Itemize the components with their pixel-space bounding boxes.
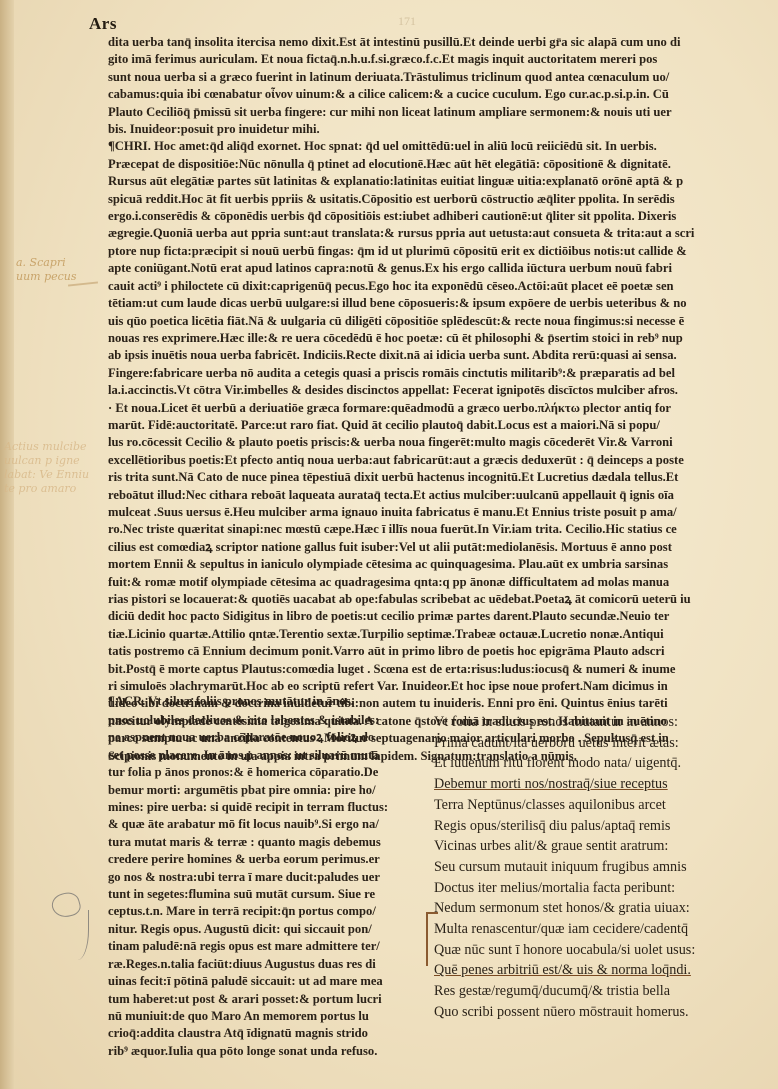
text-line: ne aspnent noua uerba cōparatōe nouoꝝ fo…	[108, 729, 424, 746]
text-line: ri simuloēs ɔlachrymarūt.Hoc ab eo scrip…	[108, 678, 758, 695]
text-line: Vicinas urbes alit/& graue sentit aratru…	[434, 836, 764, 857]
text-line: cet posse placere. In ānos.p annos: ut s…	[108, 747, 424, 764]
commentary-left-column: pnos uolubiles decliuos & cito labentes …	[108, 712, 424, 1060]
text-line: marūt. Fidē:auctoritatē. Parce:ut raro f…	[108, 417, 758, 434]
text-line: reboātut illud:Nec cithara reboāt laquea…	[108, 487, 758, 504]
acr-section-heading: ¶ACR. Vt siluæ foliis pronos mutātur in …	[108, 694, 354, 709]
text-line: bemur morti: argumētis pbat pire omnia: …	[108, 782, 424, 799]
text-line: excellētioribus poetis:Et pfecto antiq n…	[108, 452, 758, 469]
text-line: ptore nup ficta:præcipit si nouū uerbū f…	[108, 243, 758, 260]
text-line: apte coniūgant.Notū erat apud latinos ca…	[108, 260, 758, 277]
text-line: credere perire homines & uerba eorum per…	[108, 851, 424, 868]
text-line: Doctus iter melius/mortalia facta peribu…	[434, 878, 764, 899]
text-line: rias pistori se locauerat:& quotiēs uaca…	[108, 591, 758, 608]
text-line: ris trita sunt.Nā Cato de nuce pinea tēp…	[108, 469, 758, 486]
scanned-page: Ars 171 a. Scapri uum pecus Actius mulci…	[0, 0, 778, 1089]
marginal-note-line: te pro amaro	[4, 482, 89, 496]
text-line: lus ro.cōcessit Cecilio & plauto poetis …	[108, 434, 758, 451]
running-head: Ars	[89, 14, 117, 34]
text-line: nouas res exprimere.Hæc ille:& re uera c…	[108, 330, 758, 347]
text-line: Nedum sermonum stet honos/& gratia uiuax…	[434, 898, 764, 919]
text-line: Quē penes arbitriū est/& uis & norma loq…	[434, 960, 764, 981]
text-line: tiæ.Licinio quartæ.Attilio qntæ.Terentio…	[108, 626, 758, 643]
text-line: fuit:& romæ motif olympiade cētesima ac …	[108, 574, 758, 591]
marginal-note-line: a. Scapri	[16, 256, 77, 270]
marginal-note-line: uum pecus	[16, 270, 77, 284]
text-line: tunt in segetes:flumina suū mutāt cursum…	[108, 886, 424, 903]
text-line: la.i.accinctis.Vt cōtra Vir.imbelles & d…	[108, 382, 758, 399]
text-line: cauit acti⁹ i philoctete cū dixit:caprig…	[108, 278, 758, 295]
text-line: cilius est comœdiaꝝ scriptor natione gal…	[108, 539, 758, 556]
text-line: Fingere:fabricare uerba nō audita a cete…	[108, 365, 758, 382]
text-line: & quæ āte arabatur mō fit locus nauib⁹.S…	[108, 816, 424, 833]
text-line: go nos & nostra:ubi terra ī mare ducit:p…	[108, 869, 424, 886]
text-line: Regis opus/sterilisq̄ diu palus/aptaq̄ r…	[434, 816, 764, 837]
text-line: tētiam:ut cum laude dicas uerbū uulgare:…	[108, 295, 758, 312]
text-line: ro.Nec triste quæritat sinapi:nec mœstū …	[108, 521, 758, 538]
text-line: ab ipsis inuētis noua uerba fabricēt. In…	[108, 347, 758, 364]
text-line: tum haberet:ut post & arari posset:& por…	[108, 991, 424, 1008]
text-line: Et iuuenum ritu florent modo nata/ uigen…	[434, 753, 764, 774]
text-line: uinas fecit:ī pōtinā paludē siccauit: ut…	[108, 973, 424, 990]
text-line: Quo scribi possent nūero mōstrauit homer…	[434, 1002, 764, 1023]
text-line: Quæ nūc sunt ī honore uocabula/si uolet …	[434, 940, 764, 961]
text-line: bis. Inuideor:posuit pro inuidetur mihi.	[108, 121, 758, 138]
text-line: mortem Ennii & sepultus in ianiculo olym…	[108, 556, 758, 573]
text-line: crioq̄:addita claustra Atq̄ īdignatū mag…	[108, 1025, 424, 1042]
text-line: dita uerba tanq̄ insolita itercisa nemo …	[108, 34, 758, 51]
text-line: Vt folia in siluis pronos mutantur in an…	[434, 712, 764, 733]
text-line: uis qūo poetica licētia fiāt.Nā & uulgar…	[108, 313, 758, 330]
marginal-note-2: Actius mulcibe uulcan p igne labat: Ve E…	[4, 440, 89, 496]
marginal-doodle-tail	[70, 910, 89, 960]
text-line: tur folia p ānos pronos:& ē homerica cōp…	[108, 764, 424, 781]
marginal-note-line: uulcan p igne	[4, 454, 89, 468]
folio-number-bleedthrough: 171	[398, 14, 416, 29]
text-line: ergo.i.conserēdis & cōponēdis uerbis q̄d…	[108, 208, 758, 225]
text-line: ¶CHRI. Hoc amet:q̄d aliq̄d exornet. Hoc …	[108, 138, 758, 155]
text-line: sunt noua uerba si a græco fuerint in la…	[108, 69, 758, 86]
text-line: mulceat .Suus uersus ē.Heu mulciber arma…	[108, 504, 758, 521]
marginal-note-1: a. Scapri uum pecus	[16, 256, 77, 284]
text-line: ceptus.t.n. Mare in terrā recipit:q̄n po…	[108, 903, 424, 920]
text-line: Terra Neptūnus/classes aquilonibus arcet	[434, 795, 764, 816]
text-line: nitur. Regis opus. Augustū dicit: qui si…	[108, 921, 424, 938]
text-line: bit.Postq̄ ē morte captus Plautus:comœdi…	[108, 661, 758, 678]
text-line: Præcepat de dispositiōe:Nūc nōnulla q̄ p…	[108, 156, 758, 173]
text-line: Prima cadunt/ita uerborū uetus interit æ…	[434, 733, 764, 754]
text-line: Seu cursum mutauit iniquum frugibus amni…	[434, 857, 764, 878]
marginal-note-line: labat: Ve Enniu	[4, 468, 89, 482]
text-line: tura mutat maris & terræ : quanto magis …	[108, 834, 424, 851]
text-line: ræ.Reges.n.talia faciūt:diuus Augustus d…	[108, 956, 424, 973]
text-line: nū muniuit:de quo Maro An memorem portus…	[108, 1008, 424, 1025]
text-line: spicuā reddit.Hoc āt fit uerbis ppriis &…	[108, 191, 758, 208]
text-line: Res gestæ/regumq̄/ducumq̄/& tristia bell…	[434, 981, 764, 1002]
text-line: tinam paludē:nā regis opus est mare admi…	[108, 938, 424, 955]
marginal-note-line: Actius mulcibe	[4, 440, 89, 454]
text-line: diciū dedit hoc pacto Sidigitus in libro…	[108, 608, 758, 625]
commentary-block: dita uerba tanq̄ insolita itercisa nemo …	[108, 34, 758, 765]
text-line: gito imā ferimus auriculam. Et noua fict…	[108, 51, 758, 68]
verse-bracket-mark	[426, 912, 438, 966]
text-line: pnos uolubiles decliuos & cito labentes …	[108, 712, 424, 729]
text-line: Multa renascentur/quæ iam cecidere/caden…	[434, 919, 764, 940]
text-line: rib⁹ æquor.Iulia qua pōto longe sonat un…	[108, 1043, 424, 1060]
text-line: ægregie.Quoniā uerba aut ppria sunt:aut …	[108, 225, 758, 242]
text-line: cabamus:quia ibi cœnabatur οἶνον uinum:&…	[108, 86, 758, 103]
page-binding-edge	[0, 0, 14, 1089]
text-line: Plauto Ceciliōq̄ p̄missū sit uerba finge…	[108, 104, 758, 121]
verse-right-column: Vt folia in siluis pronos mutantur in an…	[434, 712, 764, 1023]
text-line: mines: pire uerba: si quidē recipit in t…	[108, 799, 424, 816]
text-line: · Et noua.Licet ēt uerbū a deriuatiōe gr…	[108, 400, 758, 417]
text-line: Debemur morti nos/nostraq̄/siue receptus	[434, 774, 764, 795]
text-line: tatis postremo cā Ennium decimum ponit.V…	[108, 643, 758, 660]
text-line: Rursus aūt elegātiæ partes sūt latinitas…	[108, 173, 758, 190]
